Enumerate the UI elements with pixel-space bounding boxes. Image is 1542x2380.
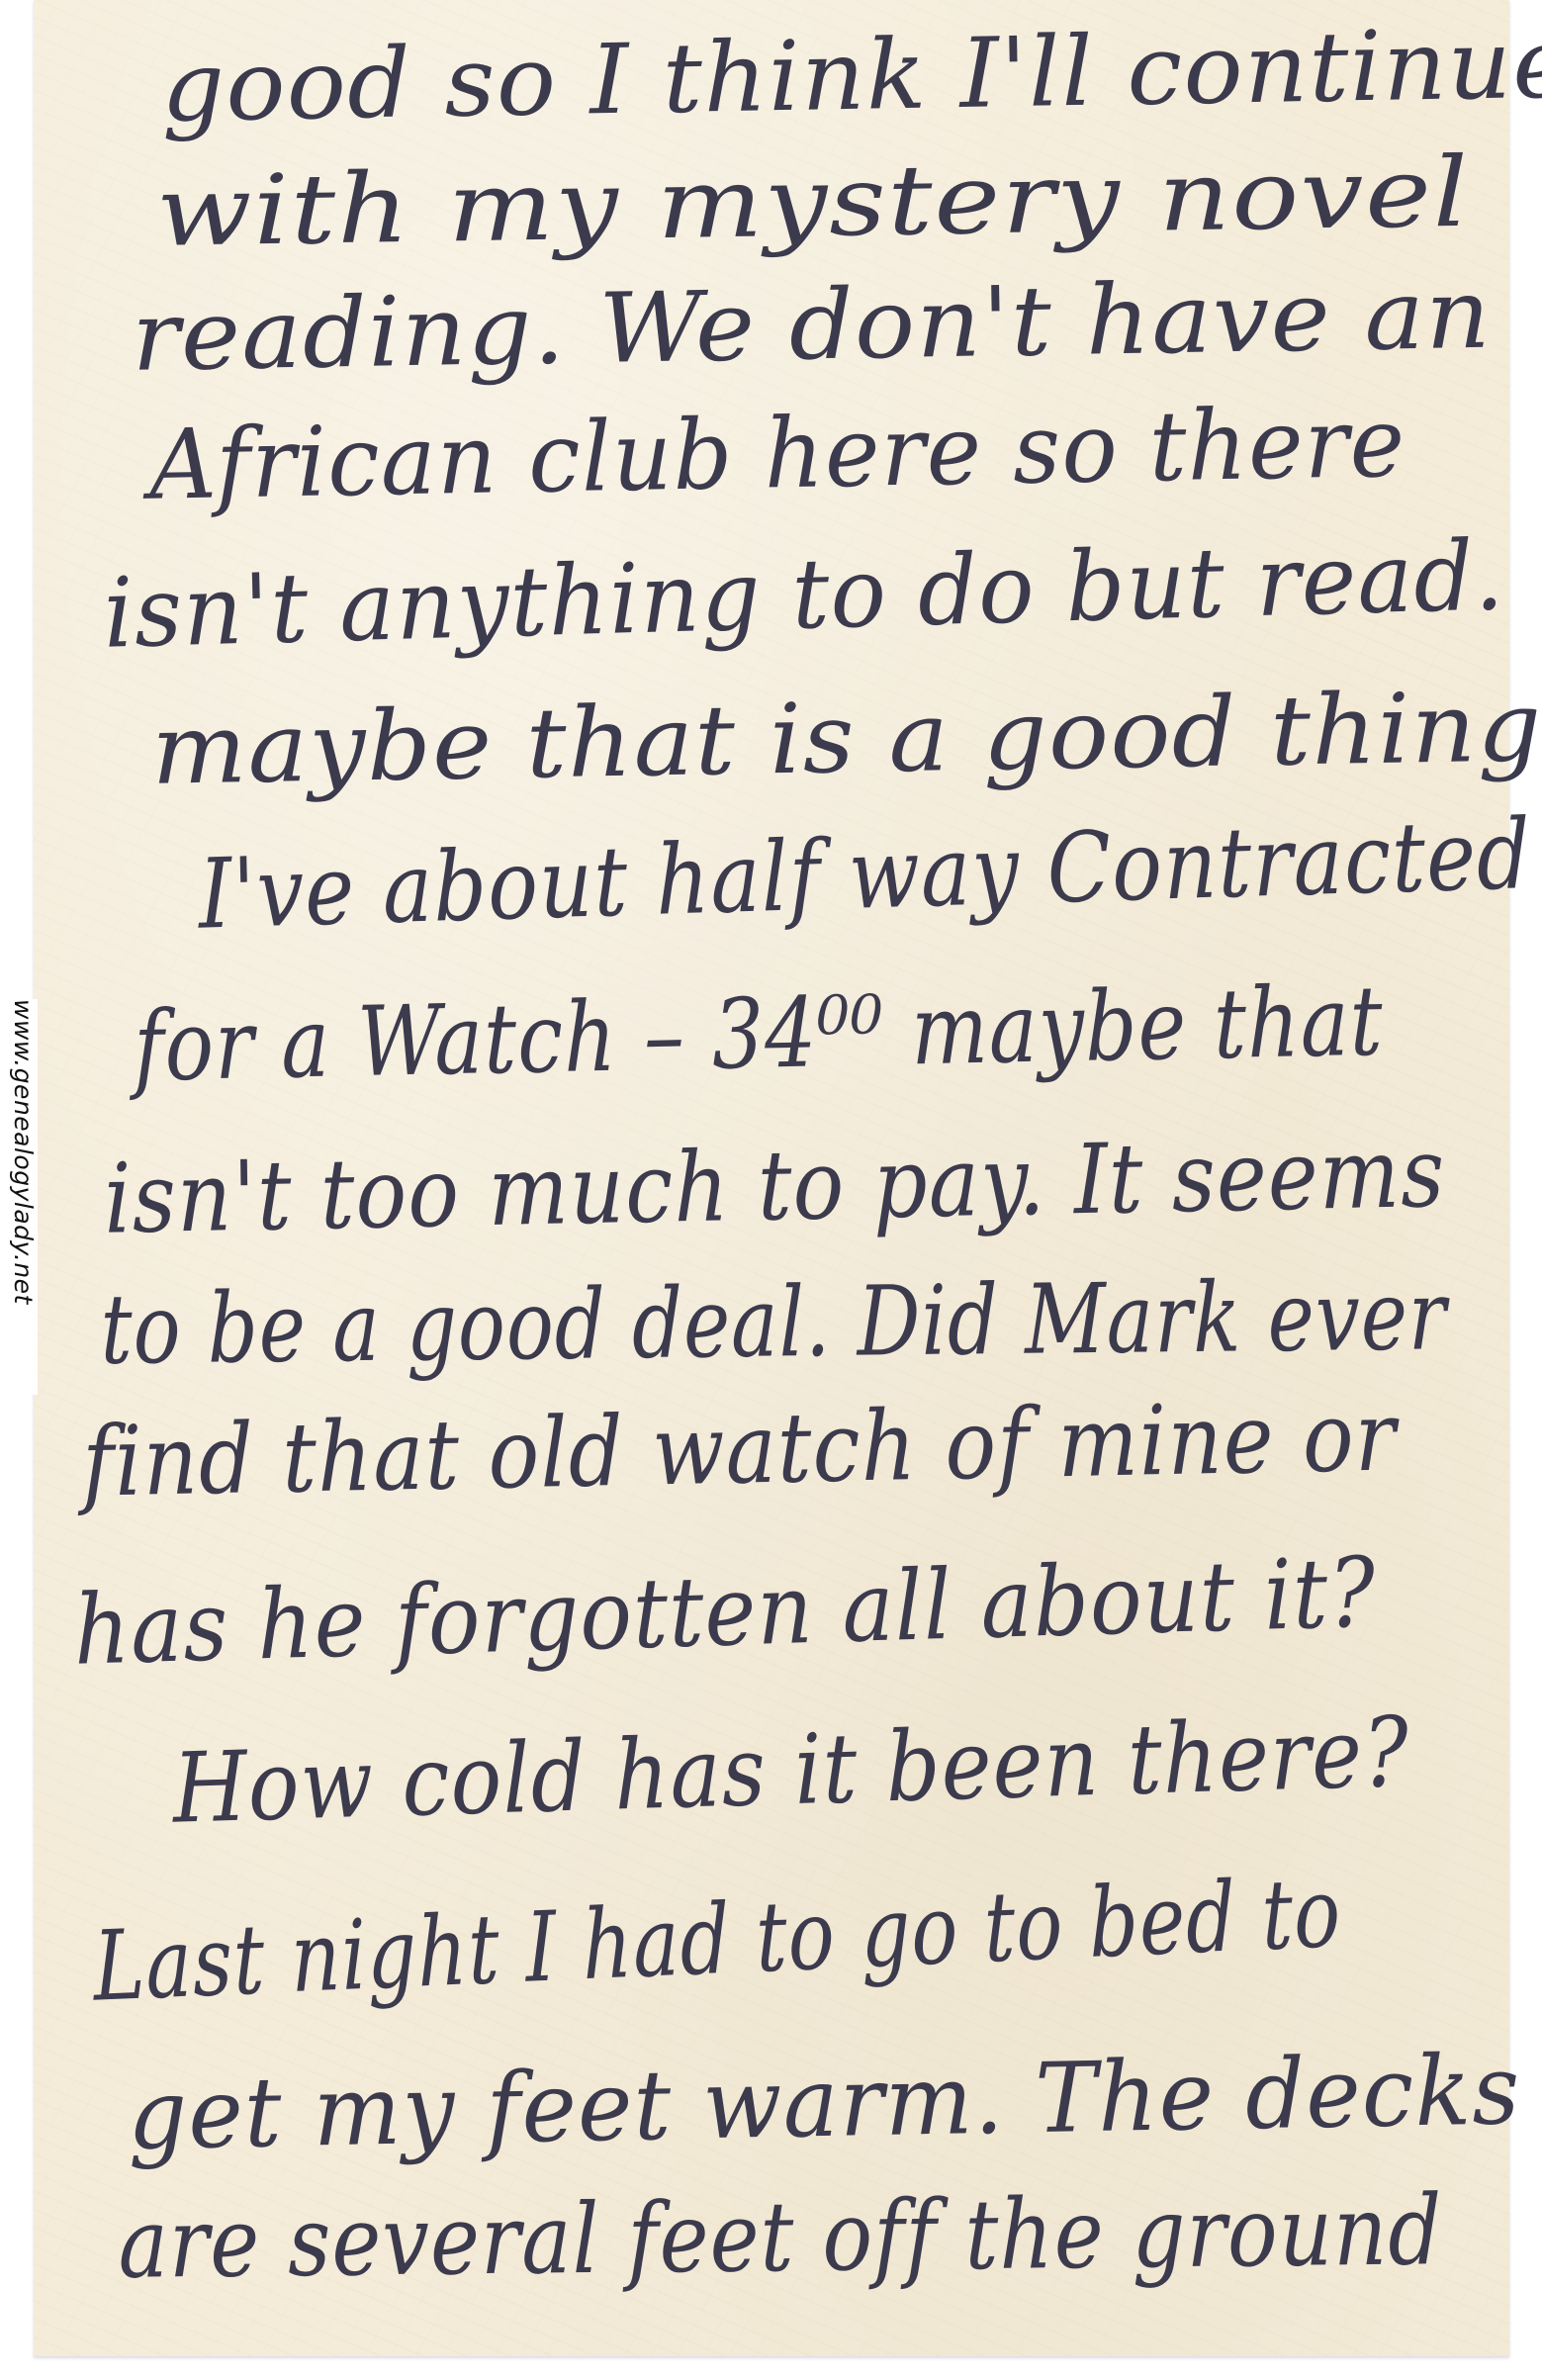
letter-line-3: reading. We don't have an [131, 266, 1492, 386]
letter-line-8: for a Watch – 34⁰⁰ maybe that [134, 973, 1385, 1096]
letter-page: good so I think I'll continue with my my… [34, 0, 1509, 2356]
letter-line-7: I've about half way Contracted [198, 807, 1532, 944]
letter-line-9: isn't too much to pay. It seems [104, 1126, 1446, 1248]
letter-line-5: isn't anything to do but read. [103, 528, 1506, 663]
letter-line-15: get my feet warm. The decks [127, 2043, 1521, 2164]
letter-line-2: with my mystery novel [155, 145, 1471, 261]
letter-line-10: to be a good deal. Did Mark ever [100, 1268, 1447, 1379]
letter-line-12: has he forgotten all about it? [73, 1545, 1378, 1680]
letter-line-16: are several feet off the ground [118, 2183, 1442, 2293]
letter-line-13: How cold has it been there? [172, 1704, 1410, 1838]
letter-line-6: maybe that is a good thing. [150, 679, 1542, 799]
letter-line-11: find that old watch of mine or [82, 1389, 1398, 1511]
letter-line-1: good so I think I'll continue [160, 16, 1542, 137]
letter-line-14: Last night I had to go to bed to [92, 1866, 1342, 2016]
watermark-url: www.genealogylady.net [8, 999, 38, 1395]
letter-line-4: African club here so there [148, 395, 1406, 514]
